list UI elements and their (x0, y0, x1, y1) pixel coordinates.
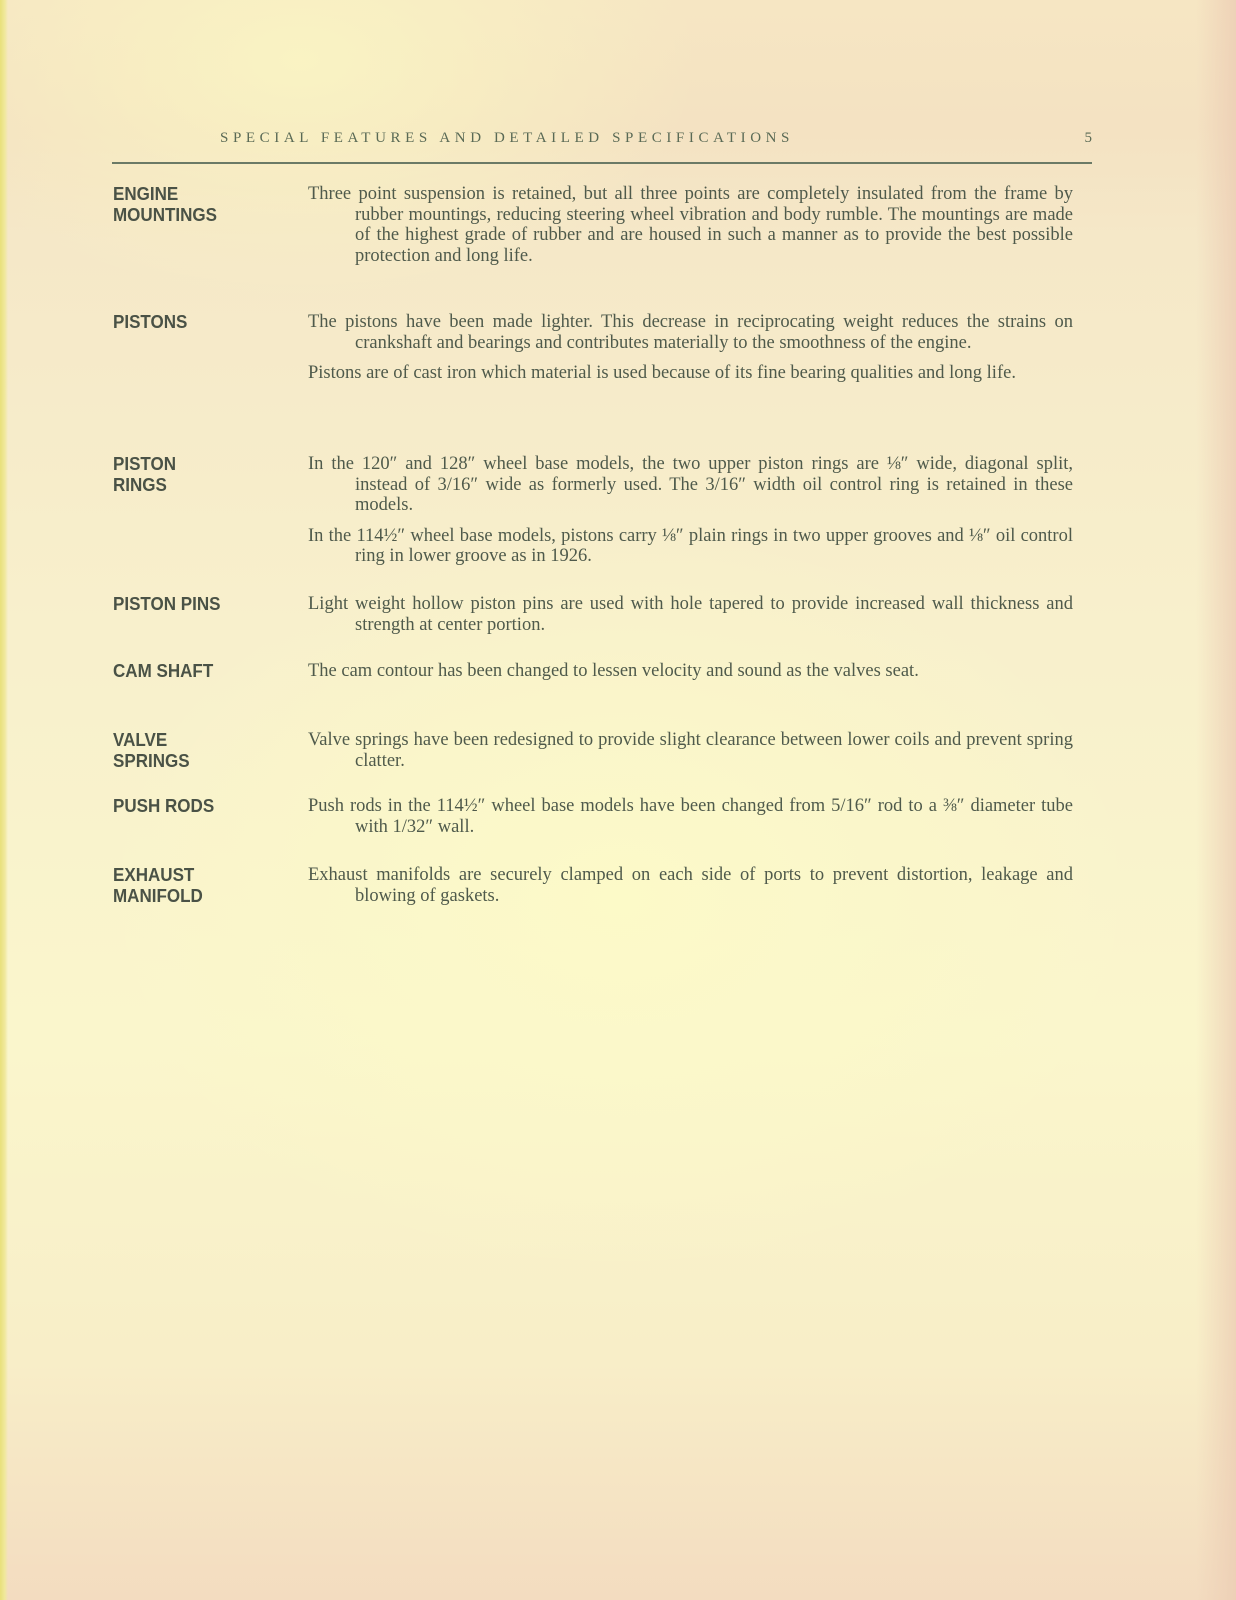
spec-description: In the 120″ and 128″ wheel base models, … (308, 454, 1073, 567)
spec-label: CAM SHAFT (113, 661, 292, 682)
spec-entry: CAM SHAFTThe cam contour has been change… (113, 661, 1073, 682)
spec-paragraph: The cam contour has been changed to less… (308, 661, 1073, 682)
spec-entry: PISTONSThe pistons have been made lighte… (113, 312, 1073, 384)
spec-entry: ENGINEMOUNTINGSThree point suspension is… (113, 184, 1073, 266)
spec-paragraph: Light weight hollow piston pins are used… (308, 594, 1073, 635)
spec-label: PISTONS (113, 312, 292, 384)
spec-entry: PISTON PINSLight weight hollow piston pi… (113, 594, 1073, 635)
header-rule (112, 162, 1092, 164)
spec-paragraph: Push rods in the 114½″ wheel base models… (308, 796, 1073, 837)
spec-description: The pistons have been made lighter. This… (308, 312, 1073, 384)
running-head-title: SPECIAL FEATURES AND DETAILED SPECIFICAT… (220, 130, 794, 147)
spec-label: ENGINEMOUNTINGS (113, 184, 292, 266)
spec-description: Exhaust manifolds are securely clamped o… (308, 865, 1073, 906)
spec-paragraph: Valve springs have been redesigned to pr… (308, 730, 1073, 771)
page-binding-edge (0, 0, 8, 1600)
spec-paragraph: Pistons are of cast iron which material … (308, 363, 1073, 384)
spec-entry: EXHAUSTMANIFOLDExhaust manifolds are sec… (113, 865, 1073, 906)
spec-description: Three point suspension is retained, but … (308, 184, 1073, 266)
spec-description: The cam contour has been changed to less… (308, 661, 1073, 682)
spec-entry: VALVESPRINGSValve springs have been rede… (113, 730, 1073, 771)
spec-label: VALVESPRINGS (113, 730, 292, 771)
spec-paragraph: The pistons have been made lighter. This… (308, 312, 1073, 353)
page-edge-shadow (1196, 0, 1236, 1600)
spec-description: Push rods in the 114½″ wheel base models… (308, 796, 1073, 837)
spec-description: Light weight hollow piston pins are used… (308, 594, 1073, 635)
spec-description: Valve springs have been redesigned to pr… (308, 730, 1073, 771)
spec-label: EXHAUSTMANIFOLD (113, 865, 292, 906)
spec-entry: PUSH RODSPush rods in the 114½″ wheel ba… (113, 796, 1073, 837)
spec-paragraph: In the 114½″ wheel base models, pistons … (308, 526, 1073, 567)
spec-label: PISTONRINGS (113, 454, 292, 567)
spec-entry: PISTONRINGSIn the 120″ and 128″ wheel ba… (113, 454, 1073, 567)
spec-paragraph: In the 120″ and 128″ wheel base models, … (308, 454, 1073, 516)
spec-paragraph: Exhaust manifolds are securely clamped o… (308, 865, 1073, 906)
spec-paragraph: Three point suspension is retained, but … (308, 184, 1073, 266)
spec-label: PISTON PINS (113, 594, 292, 635)
spec-label: PUSH RODS (113, 796, 292, 837)
page-number: 5 (1085, 130, 1093, 147)
